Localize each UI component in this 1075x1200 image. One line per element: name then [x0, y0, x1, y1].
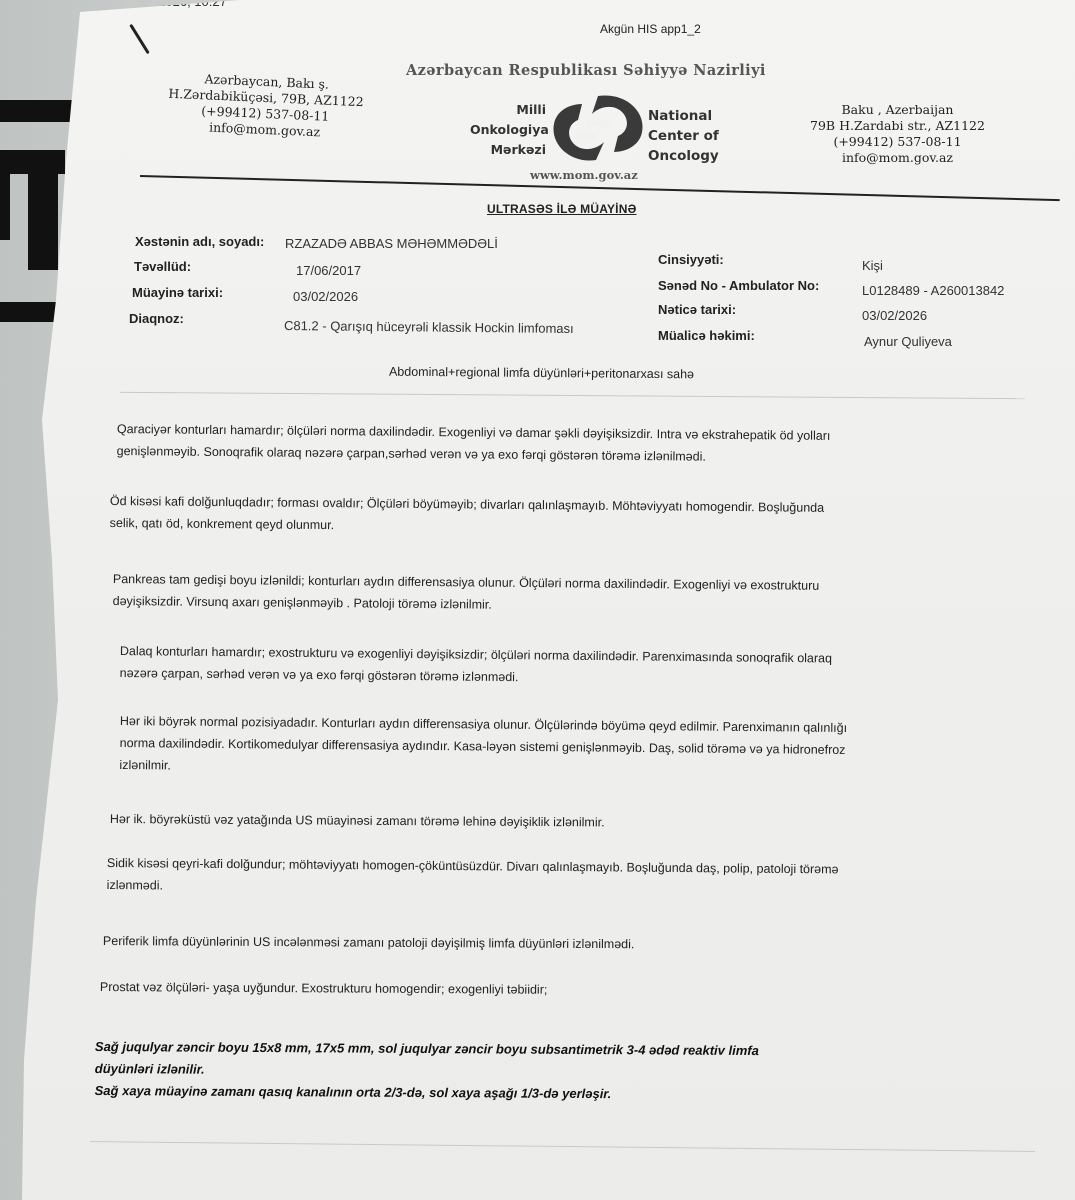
logo-line: Center of — [648, 126, 719, 146]
address-right: Baku , Azerbaijan 79B H.Zardabi str., AZ… — [810, 102, 985, 166]
footer-divider — [90, 1141, 1035, 1152]
finding-gallbladder: Öd kisəsi kafi dolğunluqdadır; forması o… — [110, 490, 825, 541]
logo-line: Milli — [470, 100, 546, 120]
website-link[interactable]: www.mom.gov.az — [530, 168, 638, 182]
address-line: (+99412) 537-08-11 — [810, 134, 985, 150]
field-value-result-date: 03/02/2026 — [862, 308, 927, 323]
finding-line: Hər ik. böyrəküstü vəz yatağında US müay… — [110, 808, 605, 833]
document-title: ULTRASƏS İLƏ MÜAYİNƏ — [487, 202, 636, 216]
surface-pattern — [28, 150, 58, 270]
field-value-doctor: Aynur Quliyeva — [864, 334, 952, 349]
field-value-gender: Kişi — [862, 258, 883, 273]
logo-line: Oncology — [648, 146, 719, 166]
field-label-patient-name: Xəstənin adı, soyadı: — [135, 234, 264, 249]
finding-liver: Qaraciyər konturları hamardır; ölçüləri … — [117, 418, 831, 469]
conclusion-line: Sağ xaya müayinə zamanı qasıq kanalının … — [95, 1080, 759, 1106]
surface-pattern — [0, 170, 10, 240]
address-line: info@mom.gov.az — [810, 150, 985, 166]
finding-peripheral-lymph: Periferik limfa düyünlərinin US incələnm… — [103, 930, 635, 955]
surface-pattern — [0, 100, 75, 122]
logo-text-en: National Center of Oncology — [648, 106, 719, 166]
field-value-diagnosis: C81.2 - Qarışıq hüceyrəli klassik Hockin… — [284, 318, 574, 336]
finding-line: Prostat vəz ölçüləri- yaşa uyğundur. Exo… — [100, 976, 548, 1001]
address-line: 79B H.Zardabi str., AZ1122 — [810, 118, 985, 134]
field-label-document-no: Sənəd No - Ambulator No: — [658, 278, 819, 293]
logo-line: National — [648, 106, 719, 126]
finding-prostate: Prostat vəz ölçüləri- yaşa uyğundur. Exo… — [100, 976, 548, 1001]
field-value-birth-date: 17/06/2017 — [296, 263, 361, 278]
pen-mark — [129, 24, 150, 54]
finding-adrenal: Hər ik. böyrəküstü vəz yatağında US müay… — [110, 808, 605, 833]
field-value-patient-name: RZAZADƏ ABBAS MƏHƏMMƏDƏLİ — [285, 236, 498, 251]
finding-kidneys: Hər iki böyrək normal pozisiyadadır. Kon… — [119, 710, 847, 783]
address-left: Azərbaycan, Bakı ş. H.Zərdabiküçəsi, 79B… — [167, 70, 365, 142]
field-label-gender: Cinsiyyəti: — [658, 252, 724, 267]
logo-line: Onkologiya — [470, 120, 546, 140]
finding-line: Periferik limfa düyünlərinin US incələnm… — [103, 930, 635, 955]
logo-text-az: Milli Onkologiya Mərkəzi — [470, 100, 546, 160]
field-label-birth-date: Təvəllüd: — [134, 259, 191, 274]
field-value-exam-date: 03/02/2026 — [293, 289, 358, 304]
field-label-exam-date: Müayinə tarixi: — [132, 285, 223, 300]
ministry-title: Azərbaycan Respublikası Səhiyyə Nazirliy… — [406, 62, 766, 79]
finding-spleen: Dalaq konturları hamardır; exostrukturu … — [120, 640, 833, 691]
finding-pancreas: Pankreas tam gedişi boyu izlənildi; kont… — [113, 568, 820, 619]
field-value-document-no: L0128489 - A260013842 — [862, 283, 1004, 298]
section-divider — [120, 392, 1025, 399]
field-label-result-date: Nəticə tarixi: — [658, 302, 736, 317]
logo-line: Mərkəzi — [470, 140, 546, 160]
address-line: Baku , Azerbaijan — [810, 102, 985, 118]
ultrasound-report-paper: 03.02.2026, 10:27 Akgün HIS app1_2 Azərb… — [0, 0, 1075, 1200]
field-label-diagnosis: Diaqnoz: — [129, 311, 184, 326]
exam-region: Abdominal+regional limfa düyünləri+perit… — [389, 365, 694, 382]
app-name: Akgün HIS app1_2 — [600, 22, 701, 36]
field-label-doctor: Müalicə həkimi: — [658, 328, 755, 343]
finding-bladder: Sidik kisəsi qeyri-kafi dolğundur; möhtə… — [107, 852, 839, 902]
conclusion: Sağ juqulyar zəncir boyu 15x8 mm, 17x5 m… — [95, 1036, 759, 1106]
hands-circle-logo-icon — [548, 92, 648, 164]
